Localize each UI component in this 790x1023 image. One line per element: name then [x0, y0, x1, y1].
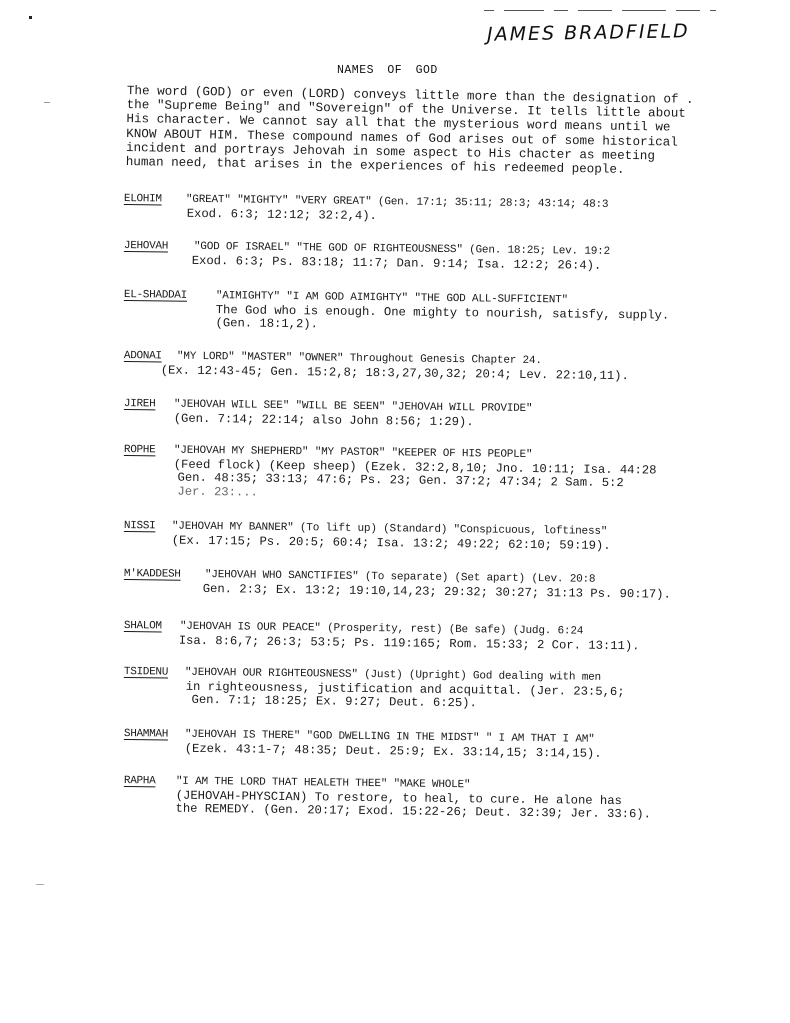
entry-name: SHAMMAH [124, 728, 185, 742]
entry-name: M'KADDESH [124, 568, 205, 583]
scan-speck [44, 102, 50, 103]
entry-nissi: NISSI "JEHOVAH MY BANNER" (To lift up) (… [124, 520, 724, 555]
entry-adonai: ADONAI "MY LORD" "MASTER" "OWNER" Throug… [124, 350, 724, 385]
top-edge-dashes [484, 9, 784, 13]
entry-jireh: JIREH "JEHOVAH WILL SEE" "WILL BE SEEN" … [124, 398, 724, 433]
document-page: JAMES BRADFIELD NAMES OF GOD The word (G… [0, 0, 790, 1023]
entry-name: NISSI [124, 520, 172, 534]
intro-paragraph: The word (GOD) or even (LORD) conveys li… [126, 84, 717, 178]
scan-speck [29, 16, 32, 19]
handwritten-signature: JAMES BRADFIELD [487, 20, 690, 46]
entry-elohim: ELOHIM "GREAT" "MIGHTY" "VERY GREAT" (Ge… [124, 193, 724, 228]
entry-name: RAPHA [124, 775, 176, 789]
scan-speck [36, 884, 44, 885]
entry-name: JEHOVAH [124, 240, 194, 254]
entry-shalom: SHALOM "JEHOVAH IS OUR PEACE" (Prosperit… [124, 620, 724, 655]
entry-name: ROPHE [124, 444, 174, 458]
entry-shammah: SHAMMAH "JEHOVAH IS THERE" "GOD DWELLING… [124, 728, 724, 763]
entry-rapha: RAPHA "I AM THE LORD THAT HEALETH THEE" … [124, 775, 724, 823]
entry-name: JIREH [124, 398, 174, 412]
entry-name: SHALOM [124, 620, 180, 634]
page-title: NAMES OF GOD [337, 64, 438, 77]
entry-name: ADONAI [124, 350, 177, 364]
entry-tsidenu: TSIDENU "JEHOVAH OUR RIGHTEOUSNESS" (Jus… [124, 666, 724, 714]
entry-name: TSIDENU [124, 666, 185, 680]
entry-mkaddesh: M'KADDESH "JEHOVAH WHO SANCTIFIES" (To s… [124, 568, 724, 603]
entry-rophe: ROPHE "JEHOVAH MY SHEPHERD" "MY PASTOR" … [123, 444, 724, 506]
entry-name: ELOHIM [124, 193, 186, 207]
entry-name: EL-SHADDAI [124, 289, 216, 304]
entry-el-shaddai: EL-SHADDAI "AIMIGHTY" "I AM GOD AIMIGHTY… [124, 289, 724, 337]
entry-jehovah: JEHOVAH "GOD OF ISRAEL" "THE GOD OF RIGH… [124, 240, 724, 275]
